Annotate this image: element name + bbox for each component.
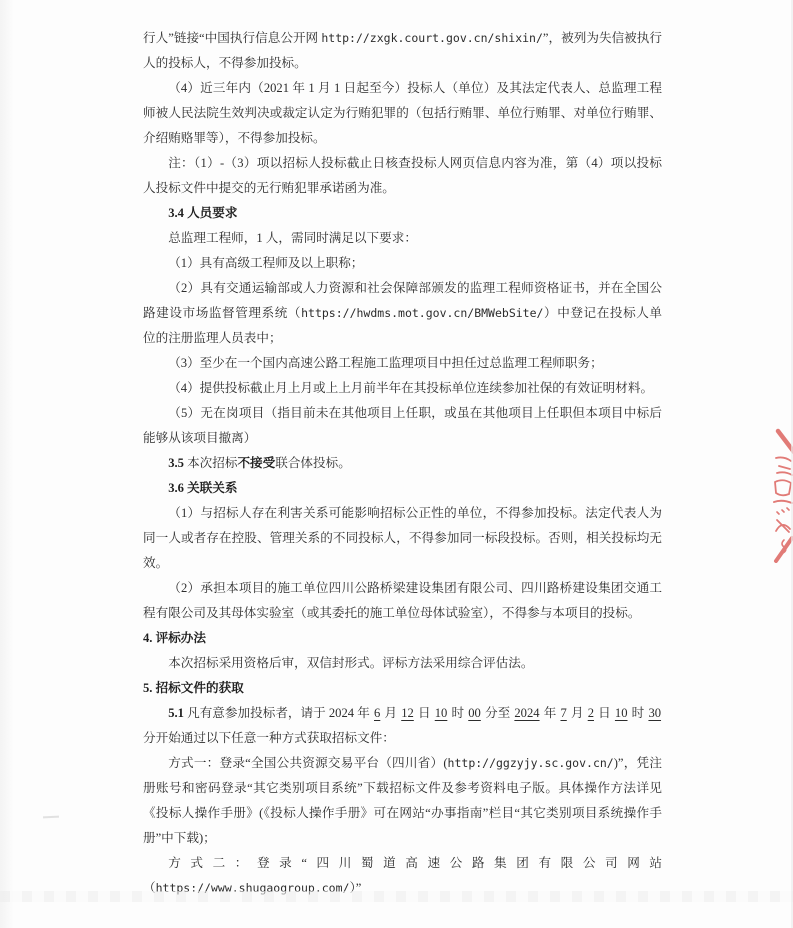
scan-artifact-band [0,891,793,902]
heading-4-evaluation: 4. 评标办法 [143,626,662,651]
text-segment: 00 [467,706,482,720]
text-segment: （1）具有高级工程师及以上职称； [168,256,363,270]
text-segment: 不接受 [237,456,275,470]
text-segment: （1）与招标人存在利害关系可能影响招标公正性的单位，不得参加投标。法定代表人为同… [143,506,662,570]
text-segment: （4）提供投标截止月上月或上上月前半年在其投标单位连续参加社保的有效证明材料。 [168,381,653,395]
para-req3-experience: （3）至少在一个国内高速公路工程施工监理项目中担任过总监理工程师职务； [143,351,662,376]
text-segment: 7 [559,706,567,720]
text-segment: 30 [647,706,662,720]
para-note: 注：（1）-（3）项以招标人投标截止日核查投标人网页信息内容为准，第（4）项以投… [143,151,662,201]
text-segment: 方式一：登录“全国公共资源交易平台（四川省）( [168,756,447,770]
text-segment: 5.1 [168,706,187,720]
heading-5-obtain-documents: 5. 招标文件的获取 [143,676,662,701]
para-chief-supervisor: 总监理工程师，1 人，需同时满足以下要求： [143,226,662,251]
text-segment: （2）承担本项目的施工单位四川公路桥梁建设集团有限公司、四川路桥建设集团交通工程… [143,581,662,620]
heading-3-6-relations: 3.6 关联关系 [143,476,662,501]
text-segment: 凡有意参加投标者，请于 2024 年 [187,706,373,720]
text-segment: 分至 [482,706,514,720]
text-segment: 分开始通过以下任意一种方式获取招标文件： [143,731,395,745]
para-5-1-schedule: 5.1 凡有意参加投标者，请于 2024 年 6 月 12 日 10 时 00 … [143,701,662,751]
text-segment: 日 [595,706,614,720]
para-method1: 方式一：登录“全国公共资源交易平台（四川省）(http://ggzyjy.sc.… [143,751,662,851]
scan-pencil-mark [43,816,59,819]
red-handwritten-annotation [764,428,793,568]
text-segment: http://zxgk.court.gov.cn/shixin/ [321,31,543,45]
text-segment: 2 [587,706,595,720]
para-req2-certificate: （2）具有交通运输部或人力资源和社会保障部颁发的监理工程师资格证书，并在全国公路… [143,276,662,351]
text-segment: 行人”链接“中国执行信息公开网 [143,31,321,45]
text-segment: 3.5 [168,456,187,470]
text-segment: 日 [415,706,434,720]
text-segment: （3）至少在一个国内高速公路工程施工监理项目中担任过总监理工程师职务； [168,356,602,370]
para-item4-bribery: （4）近三年内（2021 年 1 月 1 日起至今）投标人（单位）及其法定代表人… [143,76,662,151]
text-segment: 本次招标 [187,456,237,470]
scanned-page: 行人”链接“中国执行信息公开网 http://zxgk.court.gov.cn… [0,0,793,928]
text-segment: 总监理工程师，1 人，需同时满足以下要求： [168,231,417,245]
heading-3-4-personnel: 3.4 人员要求 [143,201,662,226]
text-segment: 年 [541,706,560,720]
text-segment: 10 [434,706,449,720]
para-evaluation-method: 本次招标采用资格后审，双信封形式。评标方法采用综合评估法。 [143,651,662,676]
document-body: 行人”链接“中国执行信息公开网 http://zxgk.court.gov.cn… [143,26,662,901]
para-3-5-no-consortium: 3.5 本次招标不接受联合体投标。 [143,451,662,476]
text-segment: 12 [400,706,415,720]
text-segment: 月 [568,706,587,720]
text-segment: （4）近三年内（2021 年 1 月 1 日起至今）投标人（单位）及其法定代表人… [143,81,662,145]
para-dishonest-executee: 行人”链接“中国执行信息公开网 http://zxgk.court.gov.cn… [143,26,662,76]
text-segment: 5. 招标文件的获取 [143,681,244,695]
para-relation1: （1）与招标人存在利害关系可能影响招标公正性的单位，不得参加投标。法定代表人为同… [143,501,662,576]
text-segment: https://hwdms.mot.gov.cn/BMWebSite/ [301,306,543,320]
text-segment: 时 [448,706,467,720]
para-req5-no-active-project: （5）无在岗项目（指目前未在其他项目上任职，或虽在其他项目上任职但本项目中标后能… [143,401,662,451]
para-req1-title: （1）具有高级工程师及以上职称； [143,251,662,276]
text-segment: 2024 [513,706,540,720]
text-segment: （5）无在岗项目（指目前未在其他项目上任职，或虽在其他项目上任职但本项目中标后能… [143,406,662,445]
text-segment: 时 [629,706,648,720]
text-segment: 联合体投标。 [275,456,351,470]
text-segment: 3.4 人员要求 [168,206,237,220]
para-req4-social-insurance: （4）提供投标截止月上月或上上月前半年在其投标单位连续参加社保的有效证明材料。 [143,376,662,401]
text-segment: http://ggzyjy.sc.gov.cn/ [448,756,614,770]
text-segment: 4. 评标办法 [143,631,206,645]
text-segment: 10 [614,706,629,720]
para-relation2: （2）承担本项目的施工单位四川公路桥梁建设集团有限公司、四川路桥建设集团交通工程… [143,576,662,626]
text-segment: 本次招标采用资格后审，双信封形式。评标方法采用综合评估法。 [168,656,533,670]
text-segment: 月 [381,706,400,720]
text-segment: 注：（1）-（3）项以招标人投标截止日核查投标人网页信息内容为准，第（4）项以投… [143,156,662,195]
text-segment: 3.6 关联关系 [168,481,237,495]
